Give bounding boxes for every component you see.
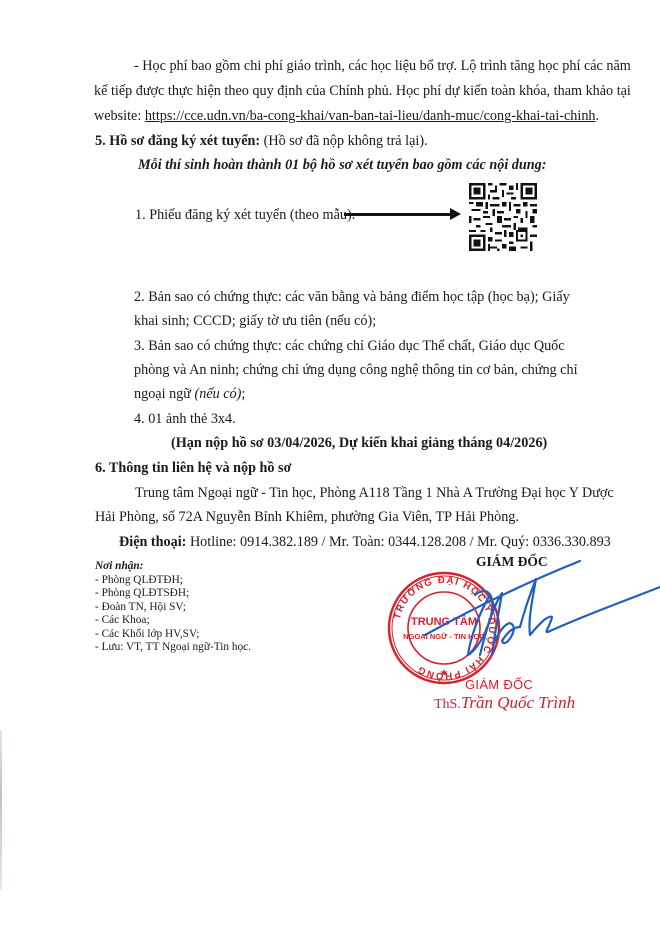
tuition-line-3: website: https://cce.udn.vn/ba-cong-khai… (94, 106, 599, 126)
scan-edge-artifact (0, 730, 2, 890)
recipient-item: - Phòng QLĐTSĐH; (95, 587, 189, 600)
tuition-line-1: - Học phí bao gồm chi phí giáo trình, cá… (134, 56, 631, 76)
recipient-item: - Các Khối lớp HV,SV; (95, 628, 199, 641)
item-2-line-1: 2. Bản sao có chứng thực: các văn bằng v… (134, 287, 570, 307)
recipient-item: - Đoàn TN, Hội SV; (95, 601, 186, 614)
item-2-line-2: khai sinh; CCCD; giấy tờ ưu tiên (nếu có… (134, 311, 376, 331)
signer-name: ThS.Trần Quốc Trình (434, 693, 575, 713)
phone-label: Điện thoại: (119, 534, 186, 550)
phone-line: Điện thoại: Hotline: 0914.382.189 / Mr. … (119, 532, 611, 552)
website-label: website: (94, 108, 145, 124)
item-3-optional-note: (nếu có) (195, 386, 242, 402)
recipient-item: - Phòng QLĐTĐH; (95, 574, 183, 587)
stamped-title: GIÁM ĐỐC (465, 677, 533, 692)
section-5-title: 5. Hồ sơ đăng ký xét tuyển: (95, 133, 260, 149)
arrow-right-icon (344, 213, 452, 216)
signer-full-name: Trần Quốc Trình (461, 693, 575, 712)
item-3-line-3-end: ; (241, 386, 245, 402)
deadline-note: (Hạn nộp hồ sơ 03/04/2026, Dự kiến khai … (171, 433, 547, 453)
recipients-title: Nơi nhận: (95, 560, 143, 573)
signer-degree: ThS. (434, 697, 461, 712)
finance-disclosure-link[interactable]: https://cce.udn.vn/ba-cong-khai/van-ban-… (145, 108, 596, 124)
tuition-line-3-end: . (596, 108, 600, 124)
item-4: 4. 01 ảnh thẻ 3x4. (134, 409, 236, 429)
address-line-2: Hải Phòng, số 72A Nguyễn Bỉnh Khiêm, phư… (95, 507, 519, 527)
item-3-line-3: ngoại ngữ (nếu có); (134, 384, 245, 404)
handwritten-signature (390, 555, 660, 675)
tuition-line-2: kế tiếp được thực hiện theo quy định của… (94, 81, 631, 101)
item-1: 1. Phiếu đăng ký xét tuyển (theo mẫu). (135, 205, 355, 225)
address-line-1: Trung tâm Ngoại ngữ - Tin học, Phòng A11… (135, 483, 614, 503)
phone-numbers: Hotline: 0914.382.189 / Mr. Toàn: 0344.1… (186, 534, 610, 550)
item-3-line-3-text: ngoại ngữ (134, 386, 195, 402)
qr-code-icon[interactable] (467, 183, 539, 251)
item-3-line-2: phòng và An ninh; chứng chỉ ứng dụng côn… (134, 360, 578, 380)
recipient-item: - Các Khoa; (95, 614, 150, 627)
recipient-item: - Lưu: VT, TT Ngoại ngữ-Tin học. (95, 641, 251, 654)
section-5-heading: 5. Hồ sơ đăng ký xét tuyển: (Hồ sơ đã nộ… (95, 131, 428, 151)
item-3-line-1: 3. Bản sao có chứng thực: các chứng chỉ … (134, 336, 565, 356)
section-5-note: (Hồ sơ đã nộp không trả lại). (260, 133, 427, 149)
section-6-heading: 6. Thông tin liên hệ và nộp hồ sơ (95, 458, 291, 478)
section-5-intro: Mỗi thí sinh hoàn thành 01 bộ hồ sơ xét … (138, 155, 547, 175)
